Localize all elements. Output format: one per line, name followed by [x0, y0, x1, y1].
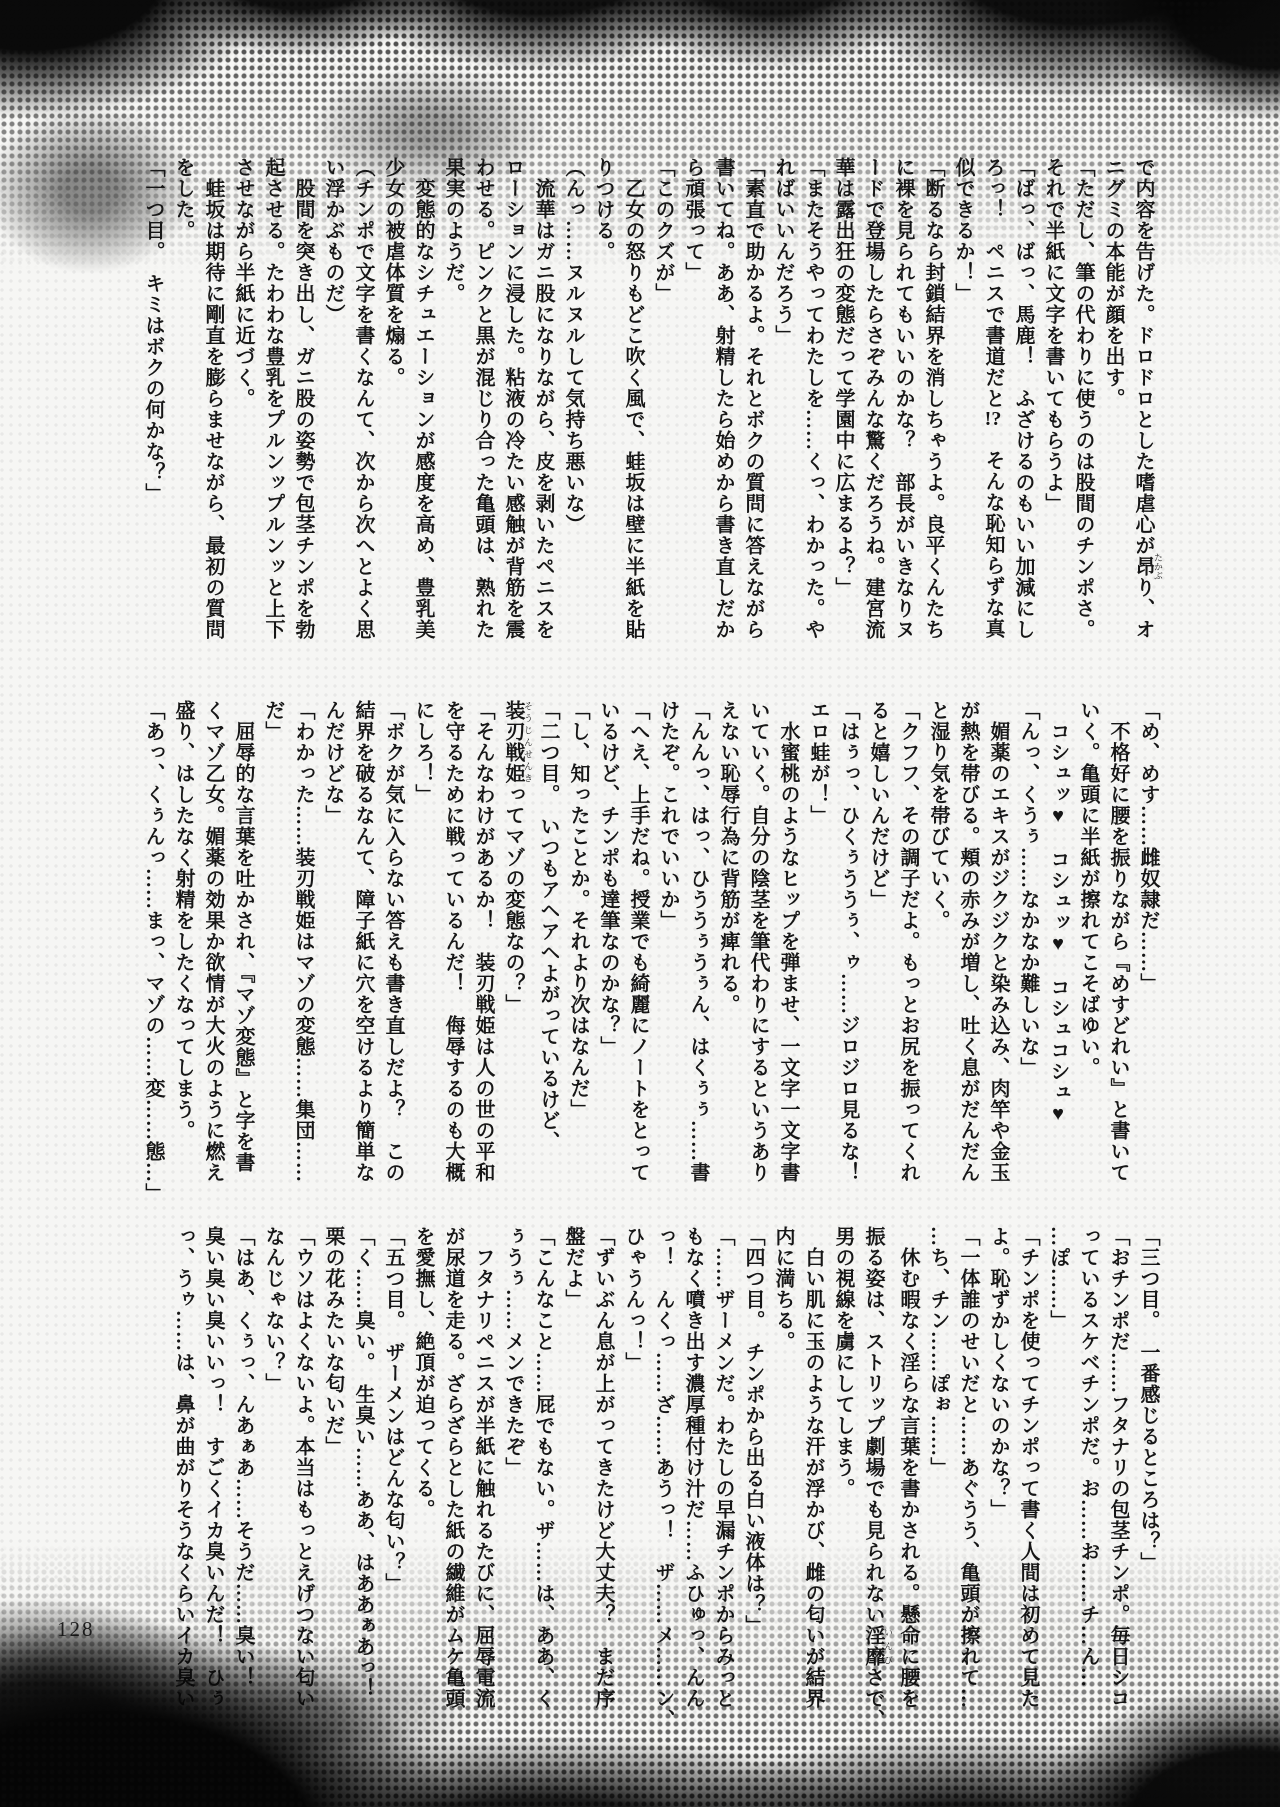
text-line: 「ボクが気に入らない答えも書き直しだよ？ この: [378, 700, 408, 1205]
text-line: エロ蛙が！」: [803, 700, 833, 1205]
text-band-3: 「三つ目。 一番感じるところは？」「おチンポだ……フタナリの包茎チンポ。毎日シコ…: [168, 1226, 1163, 1731]
text-line: ぅうぅ……メンできたぞ」: [498, 1226, 528, 1731]
text-band-1: で内容を告げた。ドロドロとした嗜虐心が昂たかぶり、オニグミの本能が顔を出す。「た…: [138, 157, 1163, 662]
text-line: 休む暇なく淫らな言葉を書かされる。懸命に腰を: [893, 1226, 923, 1731]
text-line: ればいいんだろう」: [768, 157, 798, 662]
text-line: もなく噴き出す濃厚種付け汁だ……ふひゅっ、んん: [678, 1226, 708, 1731]
text-line: 華は露出狂の変態だって学園中に広まるよ？」: [828, 157, 858, 662]
text-line: コシュッ♥ コシュッ♥ コシュコシュ♥: [1043, 700, 1073, 1205]
text-line: 「はあ、くぅっ、んあぁあ……そうだ……臭い！: [228, 1226, 258, 1731]
text-line: 「そんなわけがあるか！ 装刃戦姫は人の世の平和: [468, 700, 498, 1205]
text-line: 「クフフ、その調子だよ。もっとお尻を振ってくれ: [893, 700, 923, 1205]
text-line: 流華はガニ股になりながら、皮を剥いたペニスを: [528, 157, 558, 662]
text-line: っ、うゥ……は、鼻が曲がりそうなくらいイカ臭い: [168, 1226, 198, 1731]
text-line: いていく。自分の陰茎を筆代わりにするというあり: [743, 700, 773, 1205]
text-line: …ぽ……」: [1043, 1226, 1073, 1731]
text-line: させながら半紙に近づく。: [228, 157, 258, 662]
text-line: 振る姿は、ストリップ劇場でも見られない淫靡いんびさで、: [858, 1226, 893, 1731]
text-line: 「ただし、筆の代わりに使うのは股間のチンポさ。: [1068, 157, 1098, 662]
text-line: りつける。: [588, 157, 618, 662]
text-line: （チンポで文字を書くなんて、次から次へとよく思: [348, 157, 378, 662]
text-line: 「ウソはよくないよ。本当はもっとえげつない匂い: [288, 1226, 318, 1731]
text-line: えない恥辱行為に背筋が痺れる。: [713, 700, 743, 1205]
text-line: い浮かぶものだ）: [318, 157, 348, 662]
text-line: けたぞ。これでいいか」: [653, 700, 683, 1205]
text-line: 「く……臭い。 生臭い……ああ、はああぁあっ！: [348, 1226, 378, 1731]
text-line: 「一つ目。 キミはボクの何かな？」: [138, 157, 168, 662]
text-line: 「二つ目。 いつもアヘアヘよがっているけど、: [533, 700, 563, 1205]
text-line: 盛り、はしたなく射精をしたくなってしまう。: [168, 700, 198, 1205]
text-line: 「五つ目。 ザーメンはどんな匂い？」: [378, 1226, 408, 1731]
text-line: 装刃戦姫そうじんせんきってマゾの変態なの？」: [498, 700, 533, 1205]
text-line: 「し、知ったことか。それより次はなんだ」: [563, 700, 593, 1205]
text-line: 少女の被虐体質を煽る。: [378, 157, 408, 662]
text-line: くマゾ乙女。媚薬の効果か欲情が大火のように燃え: [198, 700, 228, 1205]
text-line: 「このクズが」: [648, 157, 678, 662]
text-line: っ！ んくっ……ざ……あうっ！ ザ……メ……ン、: [648, 1226, 678, 1731]
text-line: だ」: [258, 700, 288, 1205]
page-number: 128: [57, 1617, 95, 1642]
text-line: ひゃうんっ！」: [618, 1226, 648, 1731]
text-line: なんじゃない？」: [258, 1226, 288, 1731]
text-line: が熱を帯びる。頬の赤みが増し、吐く息がだんだん: [953, 700, 983, 1205]
text-line: 栗の花みたいな匂いだ」: [318, 1226, 348, 1731]
text-line: 「またそうやってわたしを……くっ、わかった。や: [798, 157, 828, 662]
text-line: 「んんっ、はっ、ひううぅうぅん、はくぅぅ……書: [683, 700, 713, 1205]
text-band-2: 「め、めす……雌奴隷だ……」 不格好に腰を振りながら『めすどれい』と書いていく。…: [138, 700, 1163, 1205]
text-line: 臭い臭い臭いいっ！ すごくイカ臭いんだ！ ひぅ: [198, 1226, 228, 1731]
text-line: 結界を破るなんて、障子紙に穴を空けるより簡単な: [348, 700, 378, 1205]
text-line: ら頑張って」: [678, 157, 708, 662]
text-line: 白い肌に玉のような汗が浮かび、雌の匂いが結界: [798, 1226, 828, 1731]
text-line: が尿道を走る。ざらざらとした紙の繊維がムケ亀頭: [438, 1226, 468, 1731]
text-line: ろっ！ ペニスで書道だと!? そんな恥知らずな真: [978, 157, 1008, 662]
text-line: …ち、チン……ぽぉ……」: [923, 1226, 953, 1731]
text-line: 「断るなら封鎖結界を消しちゃうよ。良平くんたち: [918, 157, 948, 662]
text-line: フタナリペニスが半紙に触れるたびに、屈辱電流: [468, 1226, 498, 1731]
text-line: ードで登場したらさぞみんな驚くだろうね。建宮流: [858, 157, 888, 662]
text-line: 水蜜桃のようなヒップを弾ませ、一文字一文字書: [773, 700, 803, 1205]
text-line: わせる。ピンクと黒が混じり合った亀頭は、熟れた: [468, 157, 498, 662]
text-line: 「三つ目。 一番感じるところは？」: [1133, 1226, 1163, 1731]
text-line: っているスケベチンポだ。お……お……チ…ん…: [1073, 1226, 1103, 1731]
text-line: 「四つ目。 チンポから出る白い液体は？」: [738, 1226, 768, 1731]
text-line: 乙女の怒りもどこ吹く風で、蛙坂は壁に半紙を貼: [618, 157, 648, 662]
text-line: 「こんなこと……屁でもない。ザ……は、ああ、く: [528, 1226, 558, 1731]
text-line: で内容を告げた。ドロドロとした嗜虐心が昂たかぶり、オ: [1128, 157, 1163, 662]
text-line: 「チンポを使ってチンポって書く人間は初めて見た: [1013, 1226, 1043, 1731]
text-line: を愛撫し、絶頂が迫ってくる。: [408, 1226, 438, 1731]
text-line: 内に満ちる。: [768, 1226, 798, 1731]
text-line: 媚薬のエキスがジクジクと染み込み、肉竿や金玉: [983, 700, 1013, 1205]
text-line: 屈辱的な言葉を吐かされ、『マゾ変態』と字を書: [228, 700, 258, 1205]
text-line: 蛙坂は期待に剛直を膨らませながら、最初の質問: [198, 157, 228, 662]
text-line: 「へえ、上手だね。授業でも綺麗にノートをとって: [623, 700, 653, 1205]
text-line: に裸を見られてもいいのかな？ 部長がいきなりヌ: [888, 157, 918, 662]
text-line: ローションに浸した。粘液の冷たい感触が背筋を震: [498, 157, 528, 662]
text-line: 変態的なシチュエーションが感度を高め、豊乳美: [408, 157, 438, 662]
text-line: 「素直で助かるよ。それとボクの質問に答えながら: [738, 157, 768, 662]
text-line: よ。恥ずかしくないのかな？」: [983, 1226, 1013, 1731]
text-line: をした。: [168, 157, 198, 662]
text-line: 起させる。たわわな豊乳をプルンップルンッと上下: [258, 157, 288, 662]
text-line: 男の視線を虜にしてしまう。: [828, 1226, 858, 1731]
text-line: 似できるか！」: [948, 157, 978, 662]
text-line: 「あっ、くぅんっ……まっ、マゾの……変……態…」: [138, 700, 168, 1205]
text-line: 不格好に腰を振りながら『めすどれい』と書いて: [1103, 700, 1133, 1205]
text-line: 盤だよ」: [558, 1226, 588, 1731]
text-line: 股間を突き出し、ガニ股の姿勢で包茎チンポを勃: [288, 157, 318, 662]
text-line: 「おチンポだ……フタナリの包茎チンポ。毎日シコ: [1103, 1226, 1133, 1731]
text-line: 「一体誰のせいだと……あぐうう、亀頭が擦れて…: [953, 1226, 983, 1731]
text-line: 「ばっ、ばっ、馬鹿！ ふざけるのもいい加減にし: [1008, 157, 1038, 662]
text-line: んだけどな」: [318, 700, 348, 1205]
text-line: いるけど、チンポも達筆なのかな？」: [593, 700, 623, 1205]
text-line: にしろ！」: [408, 700, 438, 1205]
novel-page: で内容を告げた。ドロドロとした嗜虐心が昂たかぶり、オニグミの本能が顔を出す。「た…: [0, 0, 1280, 1807]
text-line: （んっ……ヌルヌルして気持ち悪いな）: [558, 157, 588, 662]
text-line: 書いてね。ああ、射精したら始めから書き直しだか: [708, 157, 738, 662]
text-line: ると嬉しいんだけど」: [863, 700, 893, 1205]
text-line: 果実のようだ。: [438, 157, 468, 662]
text-line: 「め、めす……雌奴隷だ……」: [1133, 700, 1163, 1205]
text-line: 「はぅっ、ひくぅううぅ、ゥ……ジロジロ見るな！: [833, 700, 863, 1205]
text-line: 「ずいぶん息が上がってきたけど大丈夫？ まだ序: [588, 1226, 618, 1731]
text-line: ニグミの本能が顔を出す。: [1098, 157, 1128, 662]
text-line: 「んっ、くうぅ……なかなか難しいな」: [1013, 700, 1043, 1205]
text-line: いく。亀頭に半紙が擦れてこそばゆい。: [1073, 700, 1103, 1205]
text-line: 「……ザーメンだ。わたしの早漏チンポからみっと: [708, 1226, 738, 1731]
text-line: を守るために戦っているんだ！ 侮辱するのも大概: [438, 700, 468, 1205]
text-line: と湿り気を帯びていく。: [923, 700, 953, 1205]
text-line: それで半紙に文字を書いてもらうよ」: [1038, 157, 1068, 662]
text-line: 「わかった……装刃戦姫はマゾの変態……集団……: [288, 700, 318, 1205]
